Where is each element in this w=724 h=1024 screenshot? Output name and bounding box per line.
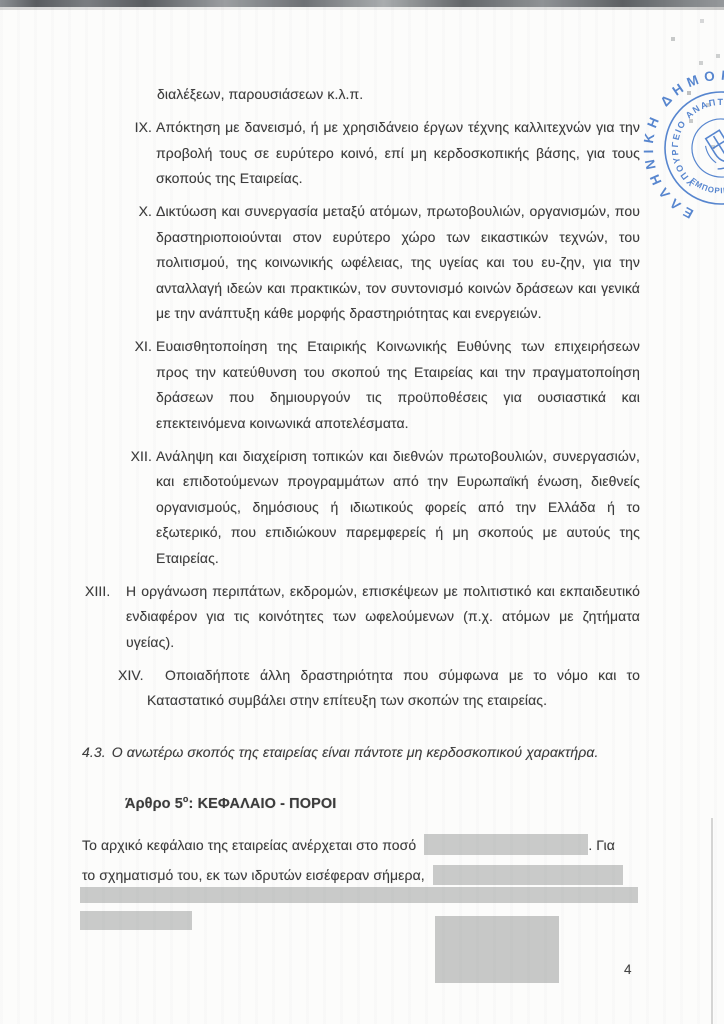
redaction-block [435,916,559,983]
list-item-text: Ανάληψη και διαχείριση τοπικών και διεθν… [156,448,640,566]
list-item: XIII. Η οργάνωση περιπάτων, εκδρομών, επ… [80,579,640,656]
page-number: 4 [624,962,632,977]
list-item-numeral: XI. [108,334,152,360]
list-item: XI. Ευαισθητοποίηση της Εταιρικής Κοινων… [80,334,640,436]
capital-paragraph: Το αρχικό κεφάλαιο της εταιρείας ανέρχετ… [82,830,644,890]
list-item-numeral: XIII. [85,579,123,605]
list-item: IX. Απόκτηση με δανεισμό, ή με χρησιδάνε… [80,115,640,192]
stamp-emblem-icon [701,127,724,172]
list-item: XII. Ανάληψη και διαχείριση τοπικών και … [80,444,640,572]
clause-text: Ο ανωτέρω σκοπός της εταιρείας είναι πάν… [112,744,599,760]
list-item-text: Οποιαδήποτε άλλη δραστηριότητα που σύμφω… [147,667,640,709]
list-item-numeral: XII. [108,444,152,470]
heading-rest: : ΚΕΦΑΛΑΙΟ - ΠΟΡΟΙ [189,796,337,812]
line1-text: Το αρχικό κεφάλαιο της εταιρείας ανέρχετ… [82,837,416,853]
redaction-bar-full [80,887,638,903]
purpose-list: IX. Απόκτηση με δανεισμό, ή με χρησιδάνε… [80,115,640,714]
list-item-text: Ευαισθητοποίηση της Εταιρικής Κοινωνικής… [156,338,640,431]
scan-artifact-band-soft [0,7,724,10]
article-5-heading: Άρθρο 5ο: ΚΕΦΑΛΑΙΟ - ΠΟΡΟΙ [125,794,336,812]
paragraph-line-1: Το αρχικό κεφάλαιο της εταιρείας ανέρχετ… [82,830,644,860]
line2-text: το σχηματισμό του, εκ των ιδρυτών εισέφε… [82,867,425,883]
list-item-numeral: XIV. [118,663,158,689]
list-item: XIV. Οποιαδήποτε άλλη δραστηριότητα που … [80,663,640,714]
list-item-text: Απόκτηση με δανεισμό, ή με χρησιδάνειο έ… [156,119,640,186]
clause-numeral: 4.3. [82,744,106,760]
clause-4-3: 4.3.Ο ανωτέρω σκοπός της εταιρείας είναι… [82,744,642,760]
list-item-numeral: IX. [108,115,152,141]
list-item: X. Δικτύωση και συνεργασία μεταξύ ατόμων… [80,199,640,327]
list-item-text: Η οργάνωση περιπάτων, εκδρομών, επισκέψε… [126,583,640,650]
list-item-numeral: X. [108,199,152,225]
intro-line: διαλέξεων, παρουσιάσεων κ.λ.π. [80,82,640,108]
paragraph-line-2: το σχηματισμό του, εκ των ιδρυτών εισέφε… [82,860,644,890]
redaction-inline-2 [433,865,623,885]
heading-prefix: Άρθρο 5 [125,796,183,812]
scan-artifact-band [0,0,724,7]
scan-speckles [0,0,2,2]
list-item-text: Δικτύωση και συνεργασία μεταξύ ατόμων, π… [156,203,640,321]
redaction-bar-small [80,911,192,930]
scan-edge-line [711,818,713,1024]
redaction-inline-1 [424,834,588,855]
document-page: ΕΛΛΗΝΙΚΗ ΔΗΜΟΚΡΑΤΙΑ ΥΠΟΥΡΓΕΙΟ ΑΝΑΠΤΥΞΗΣ … [0,0,724,1024]
line1-after-redaction: . Για [588,837,615,853]
